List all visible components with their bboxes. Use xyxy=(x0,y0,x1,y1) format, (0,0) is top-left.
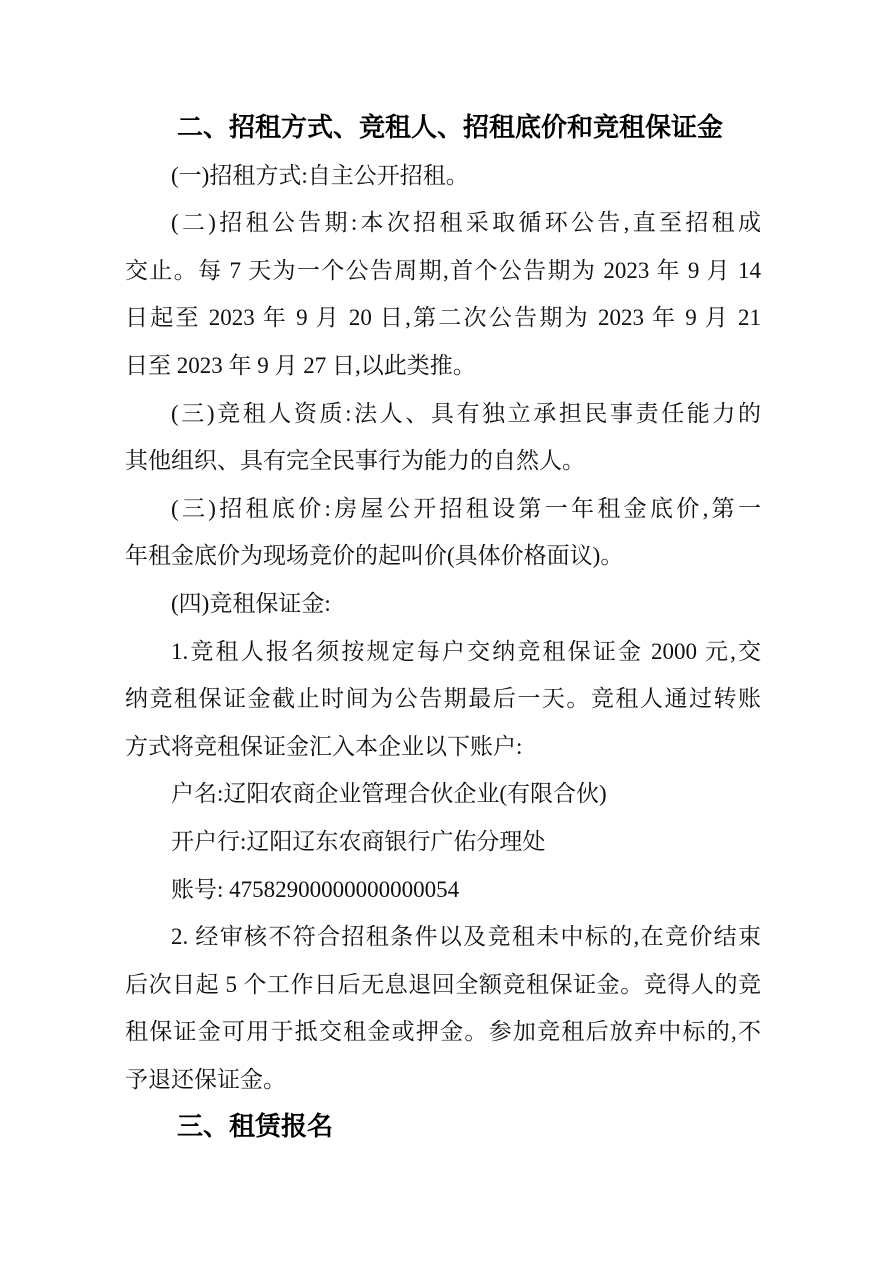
bank-branch-line: 开户行:辽阳辽东农商银行广佑分理处 xyxy=(125,818,761,866)
para-announcement-period-line: 日至 2023 年 9 月 27 日,以此类推。 xyxy=(125,342,761,390)
para-base-price-line: (三)招租底价:房屋公开招租设第一年租金底价,第一 xyxy=(125,485,761,533)
para-announcement-period-line: 日起至 2023 年 9 月 20 日,第二次公告期为 2023 年 9 月 2… xyxy=(125,294,761,342)
para-deposit-payment-line: 1.竞租人报名须按规定每户交纳竞租保证金 2000 元,交 xyxy=(125,628,761,676)
para-deposit-payment-line: 纳竞租保证金截止时间为公告期最后一天。竞租人通过转账 xyxy=(125,675,761,723)
para-deposit-refund-line: 后次日起 5 个工作日后无息退回全额竞租保证金。竞得人的竞 xyxy=(125,961,761,1009)
para-bidder-qualification-line: 其他组织、具有完全民事行为能力的自然人。 xyxy=(125,437,761,485)
para-deposit-payment-line: 方式将竞租保证金汇入本企业以下账户: xyxy=(125,723,761,771)
para-bidder-qualification-line: (三)竞租人资质:法人、具有独立承担民事责任能力的 xyxy=(125,390,761,438)
account-name-line: 户名:辽阳农商企业管理合伙企业(有限合伙) xyxy=(125,770,761,818)
para-deposit-refund-line: 予退还保证金。 xyxy=(125,1056,761,1104)
para-announcement-period-line: 交止。每 7 天为一个公告周期,首个公告期为 2023 年 9 月 14 xyxy=(125,247,761,295)
section-heading-2: 二、招租方式、竞租人、招租底价和竞租保证金 xyxy=(125,104,761,152)
account-number-line: 账号: 47582900000000000054 xyxy=(125,866,761,914)
para-deposit-refund-line: 租保证金可用于抵交租金或押金。参加竞租后放弃中标的,不 xyxy=(125,1008,761,1056)
section-heading-3: 三、租赁报名 xyxy=(125,1103,761,1151)
document-page: 二、招租方式、竞租人、招租底价和竞租保证金(一)招租方式:自主公开招租。(二)招… xyxy=(0,0,892,1262)
para-deposit-heading-line: (四)竞租保证金: xyxy=(125,580,761,628)
para-deposit-refund-line: 2. 经审核不符合招租条件以及竞租未中标的,在竞价结束 xyxy=(125,913,761,961)
para-announcement-period-line: (二)招租公告期:本次招租采取循环公告,直至招租成 xyxy=(125,199,761,247)
para-rental-method-line: (一)招租方式:自主公开招租。 xyxy=(125,152,761,200)
document-content: 二、招租方式、竞租人、招租底价和竞租保证金(一)招租方式:自主公开招租。(二)招… xyxy=(125,104,761,1151)
para-base-price-line: 年租金底价为现场竞价的起叫价(具体价格面议)。 xyxy=(125,532,761,580)
